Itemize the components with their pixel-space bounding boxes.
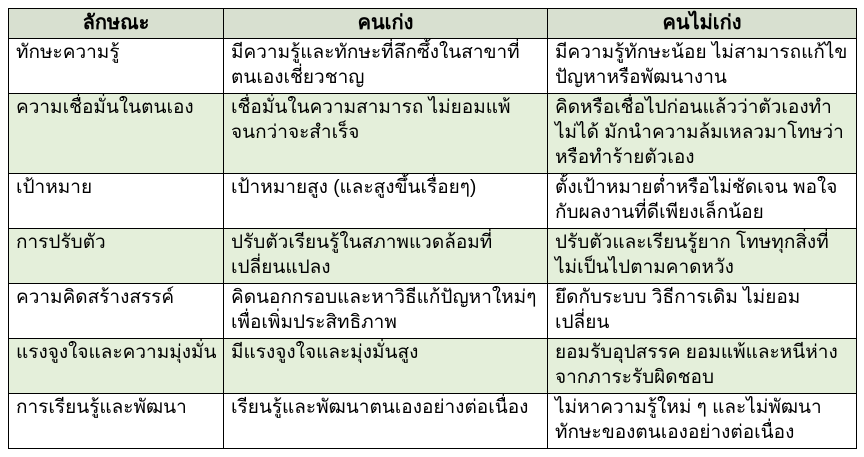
cell-skilled: มีความรู้และทักษะที่ลึกซึ้งในสาขาที่ตนเอ…: [224, 39, 548, 94]
table-row: ความเชื่อมั่นในตนเอง เชื่อมั่นในความสามา…: [9, 94, 857, 174]
column-header-trait: ลักษณะ: [9, 9, 224, 39]
table-header: ลักษณะ คนเก่ง คนไม่เก่ง: [9, 9, 857, 39]
cell-trait: ความคิดสร้างสรรค์: [9, 284, 224, 339]
table-row: การปรับตัว ปรับตัวเรียนรู้ในสภาพแวดล้อมท…: [9, 229, 857, 284]
column-header-unskilled: คนไม่เก่ง: [548, 9, 857, 39]
cell-trait: การเรียนรู้และพัฒนา: [9, 394, 224, 449]
cell-unskilled: ไม่หาความรู้ใหม่ ๆ และไม่พัฒนาทักษะของตน…: [548, 394, 857, 449]
cell-skilled: ปรับตัวเรียนรู้ในสภาพแวดล้อมที่เปลี่ยนแป…: [224, 229, 548, 284]
cell-unskilled: ยึดกับระบบ วิธีการเดิม ไม่ยอมเปลี่ยน: [548, 284, 857, 339]
cell-unskilled: มีความรู้ทักษะน้อย ไม่สามารถแก้ไขปัญหาหร…: [548, 39, 857, 94]
table-row: เป้าหมาย เป้าหมายสูง (และสูงขึ้นเรื่อยๆ)…: [9, 174, 857, 229]
cell-trait: เป้าหมาย: [9, 174, 224, 229]
table-row: แรงจูงใจและความมุ่งมั่น มีแรงจูงใจและมุ่…: [9, 339, 857, 394]
cell-unskilled: ตั้งเป้าหมายต่ำหรือไม่ชัดเจน พอใจกับผลงา…: [548, 174, 857, 229]
cell-skilled: เชื่อมั่นในความสามารถ ไม่ยอมแพ้จนกว่าจะส…: [224, 94, 548, 174]
cell-trait: ทักษะความรู้: [9, 39, 224, 94]
table-container: ลักษณะ คนเก่ง คนไม่เก่ง ทักษะความรู้ มีค…: [0, 0, 864, 457]
cell-unskilled: ปรับตัวและเรียนรู้ยาก โทษทุกสิ่งที่ไม่เป…: [548, 229, 857, 284]
table-row: ความคิดสร้างสรรค์ คิดนอกกรอบและหาวิธีแก้…: [9, 284, 857, 339]
cell-unskilled: ยอมรับอุปสรรค ยอมแพ้และหนีห่างจากภาระรับ…: [548, 339, 857, 394]
cell-skilled: มีแรงจูงใจและมุ่งมั่นสูง: [224, 339, 548, 394]
cell-unskilled: คิดหรือเชื่อไปก่อนแล้วว่าตัวเองทำไม่ได้ …: [548, 94, 857, 174]
table-row: การเรียนรู้และพัฒนา เรียนรู้และพัฒนาตนเอ…: [9, 394, 857, 449]
column-header-skilled: คนเก่ง: [224, 9, 548, 39]
table-row: ทักษะความรู้ มีความรู้และทักษะที่ลึกซึ้ง…: [9, 39, 857, 94]
cell-skilled: เป้าหมายสูง (และสูงขึ้นเรื่อยๆ): [224, 174, 548, 229]
cell-skilled: คิดนอกกรอบและหาวิธีแก้ปัญหาใหม่ๆ เพื่อเพ…: [224, 284, 548, 339]
cell-trait: ความเชื่อมั่นในตนเอง: [9, 94, 224, 174]
cell-trait: แรงจูงใจและความมุ่งมั่น: [9, 339, 224, 394]
comparison-table: ลักษณะ คนเก่ง คนไม่เก่ง ทักษะความรู้ มีค…: [8, 8, 857, 449]
cell-skilled: เรียนรู้และพัฒนาตนเองอย่างต่อเนื่อง: [224, 394, 548, 449]
table-body: ทักษะความรู้ มีความรู้และทักษะที่ลึกซึ้ง…: [9, 39, 857, 449]
header-row: ลักษณะ คนเก่ง คนไม่เก่ง: [9, 9, 857, 39]
cell-trait: การปรับตัว: [9, 229, 224, 284]
